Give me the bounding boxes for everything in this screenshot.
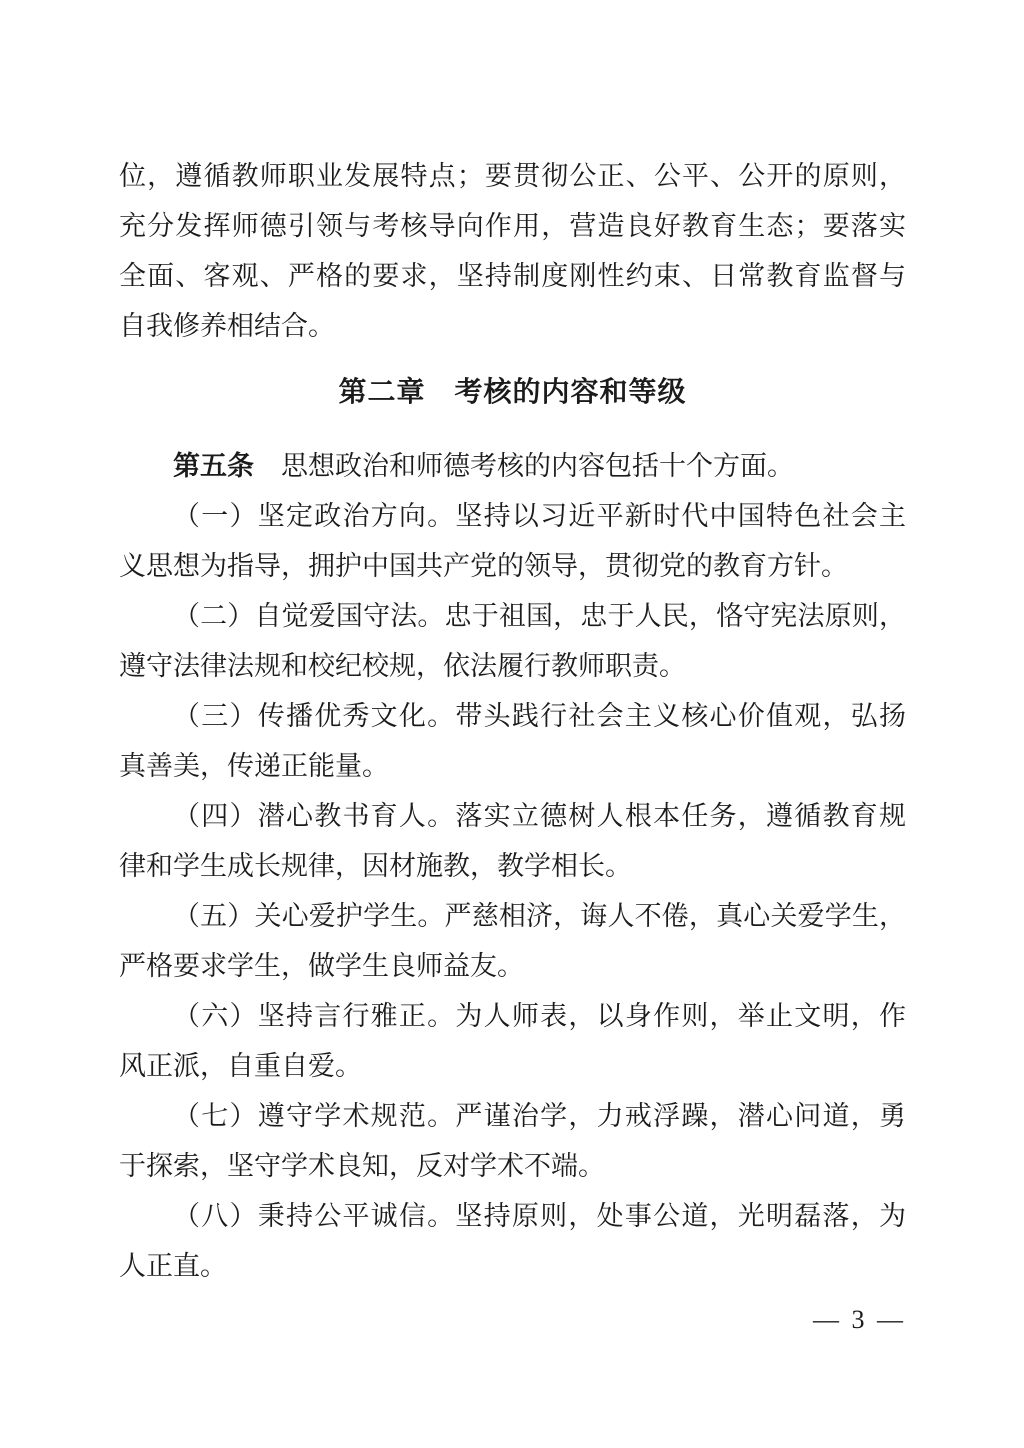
- text-line: （七）遵守学术规范。严谨治学，力戒浮躁，潜心问道，勇: [119, 1091, 906, 1141]
- text-line: 充分发挥师德引领与考核导向作用，营造良好教育生态；要落实: [119, 201, 906, 251]
- text-line: 遵守法律法规和校纪校规，依法履行教师职责。: [119, 641, 906, 691]
- text-line: 自我修养相结合。: [119, 301, 906, 351]
- document-page: 位，遵循教师职业发展特点；要贯彻公正、公平、公开的原则，充分发挥师德引领与考核导…: [0, 0, 1024, 1448]
- text-line: （八）秉持公平诚信。坚持原则，处事公道，光明磊落，为: [119, 1191, 906, 1241]
- text-line: 严格要求学生，做学生良师益友。: [119, 941, 906, 991]
- text-line: （三）传播优秀文化。带头践行社会主义核心价值观，弘扬: [119, 691, 906, 741]
- text-line: （四）潜心教书育人。落实立德树人根本任务，遵循教育规: [119, 791, 906, 841]
- article-number: 第五条: [173, 451, 281, 481]
- text-line: 人正直。: [119, 1241, 906, 1291]
- text-line: 于探索，坚守学术良知，反对学术不端。: [119, 1141, 906, 1191]
- chapter-heading: 第二章 考核的内容和等级: [119, 367, 906, 417]
- text-line: 第五条 思想政治和师德考核的内容包括十个方面。: [119, 441, 906, 491]
- text-line: 全面、客观、严格的要求，坚持制度刚性约束、日常教育监督与: [119, 251, 906, 301]
- text-line: 真善美，传递正能量。: [119, 741, 906, 791]
- text-line: （一）坚定政治方向。坚持以习近平新时代中国特色社会主: [119, 491, 906, 541]
- text-line: 位，遵循教师职业发展特点；要贯彻公正、公平、公开的原则，: [119, 151, 906, 201]
- text-line: （六）坚持言行雅正。为人师表，以身作则，举止文明，作: [119, 991, 906, 1041]
- text-line: 律和学生成长规律，因材施教，教学相长。: [119, 841, 906, 891]
- text-line: （五）关心爱护学生。严慈相济，诲人不倦，真心关爱学生，: [119, 891, 906, 941]
- text-line: （二）自觉爱国守法。忠于祖国，忠于人民，恪守宪法原则，: [119, 591, 906, 641]
- text-line: 风正派，自重自爱。: [119, 1041, 906, 1091]
- page-number: — 3 —: [813, 1300, 906, 1340]
- text-line: 义思想为指导，拥护中国共产党的领导，贯彻党的教育方针。: [119, 541, 906, 591]
- text-block: 位，遵循教师职业发展特点；要贯彻公正、公平、公开的原则，充分发挥师德引领与考核导…: [119, 151, 906, 1291]
